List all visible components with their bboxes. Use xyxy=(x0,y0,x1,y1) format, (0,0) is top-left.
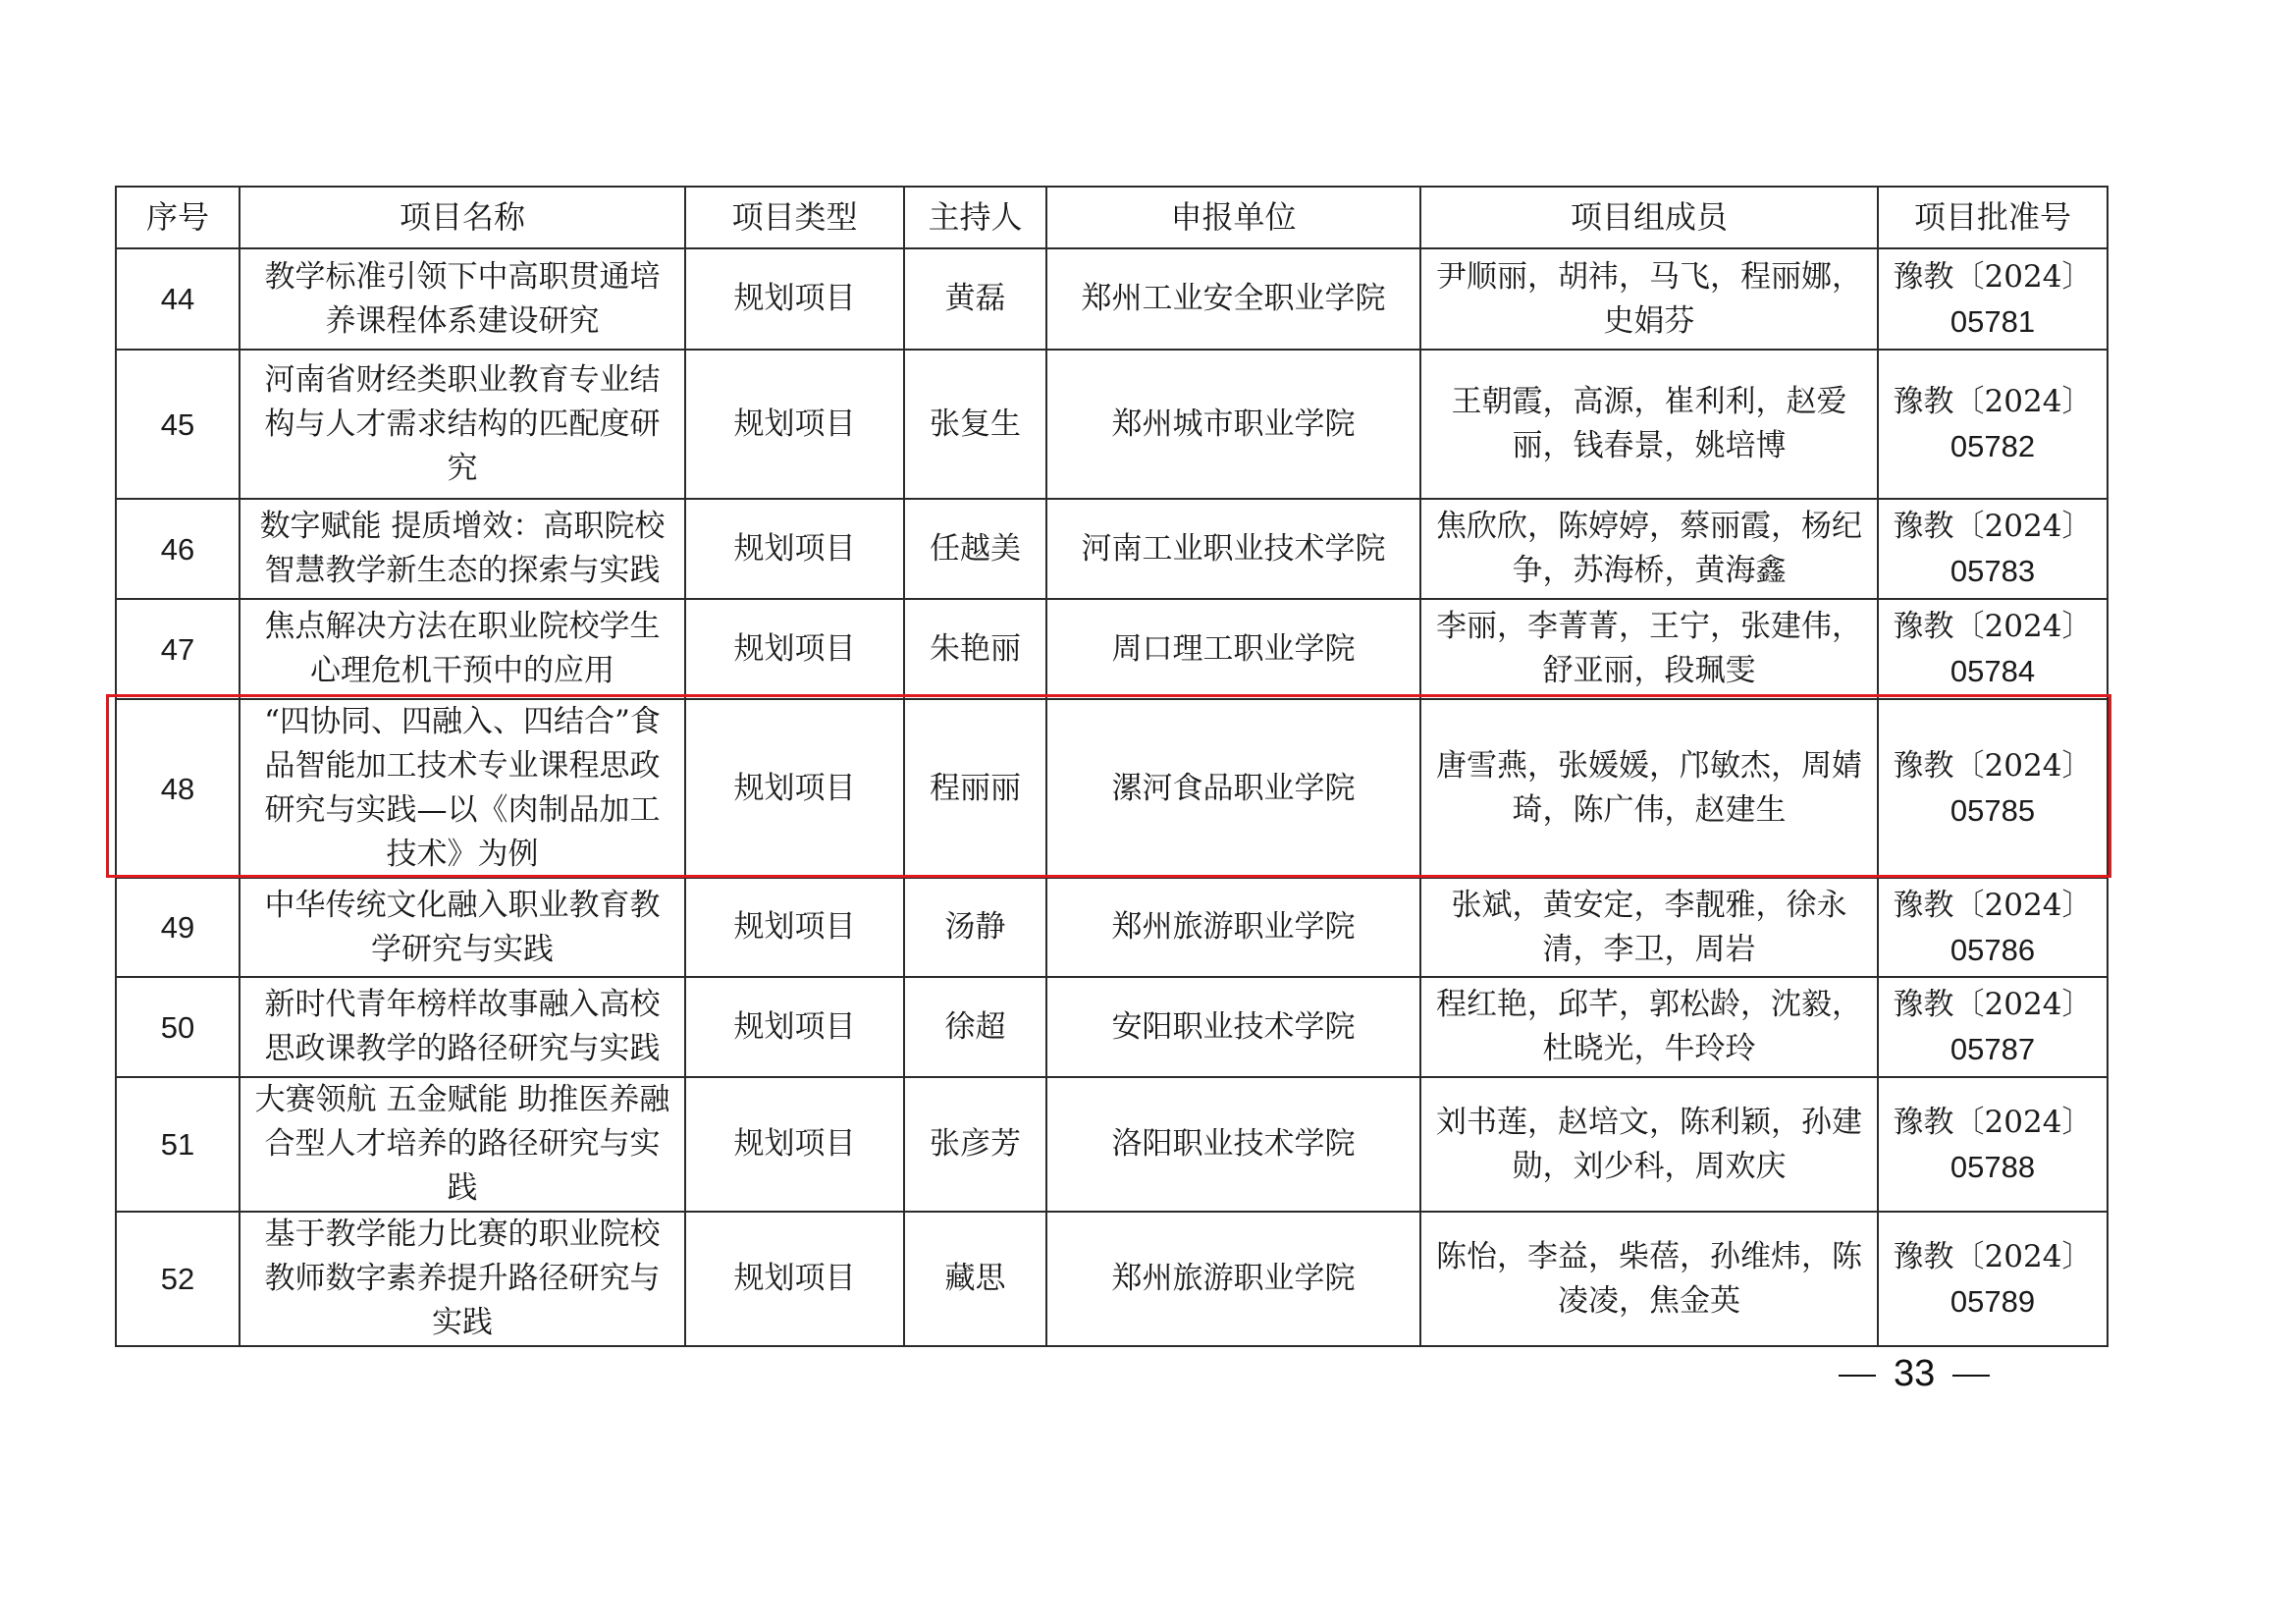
row-approval: 豫教〔2024〕 05781 xyxy=(1878,248,2108,350)
header-seq: 序号 xyxy=(116,187,240,248)
approval-code: 05787 xyxy=(1885,1027,2101,1071)
row-seq: 48 xyxy=(116,699,240,878)
row-seq: 47 xyxy=(116,599,240,699)
row-approval: 豫教〔2024〕 05786 xyxy=(1878,878,2108,977)
table-row: 51 大赛领航 五金赋能 助推医养融合型人才培养的路径研究与实践 规划项目 张彦… xyxy=(116,1077,2108,1212)
row-approval: 豫教〔2024〕 05782 xyxy=(1878,350,2108,499)
row-project-name: 新时代青年榜样故事融入高校思政课教学的路径研究与实践 xyxy=(240,977,685,1077)
row-approval: 豫教〔2024〕 05785 xyxy=(1878,699,2108,878)
approval-code: 05783 xyxy=(1885,549,2101,593)
project-table: 序号 项目名称 项目类型 主持人 申报单位 项目组成员 项目批准号 44 教学标… xyxy=(115,186,2109,1347)
row-unit: 郑州城市职业学院 xyxy=(1046,350,1420,499)
table-row: 47 焦点解决方法在职业院校学生心理危机干预中的应用 规划项目 朱艳丽 周口理工… xyxy=(116,599,2108,699)
row-seq: 50 xyxy=(116,977,240,1077)
row-seq: 46 xyxy=(116,499,240,599)
table-row: 52 基于教学能力比赛的职业院校教师数字素养提升路径研究与实践 规划项目 藏思 … xyxy=(116,1212,2108,1346)
approval-code: 05789 xyxy=(1885,1279,2101,1324)
row-unit: 洛阳职业技术学院 xyxy=(1046,1077,1420,1212)
row-approval: 豫教〔2024〕 05789 xyxy=(1878,1212,2108,1346)
row-unit: 河南工业职业技术学院 xyxy=(1046,499,1420,599)
row-unit: 安阳职业技术学院 xyxy=(1046,977,1420,1077)
row-project-name: 焦点解决方法在职业院校学生心理危机干预中的应用 xyxy=(240,599,685,699)
header-members: 项目组成员 xyxy=(1420,187,1878,248)
row-project-type: 规划项目 xyxy=(685,1077,904,1212)
table-row: 45 河南省财经类职业教育专业结构与人才需求结构的匹配度研究 规划项目 张复生 … xyxy=(116,350,2108,499)
row-project-type: 规划项目 xyxy=(685,699,904,878)
row-unit: 周口理工职业学院 xyxy=(1046,599,1420,699)
row-project-name: “四协同、四融入、四结合”食品智能加工技术专业课程思政研究与实践—以《肉制品加工… xyxy=(240,699,685,878)
page-number: 33 xyxy=(1821,1353,1998,1395)
row-approval: 豫教〔2024〕 05787 xyxy=(1878,977,2108,1077)
row-project-type: 规划项目 xyxy=(685,499,904,599)
row-members: 焦欣欣，陈婷婷，蔡丽霞，杨纪争，苏海桥，黄海鑫 xyxy=(1420,499,1878,599)
row-unit: 漯河食品职业学院 xyxy=(1046,699,1420,878)
header-host: 主持人 xyxy=(904,187,1046,248)
row-host: 汤静 xyxy=(904,878,1046,977)
row-approval: 豫教〔2024〕 05784 xyxy=(1878,599,2108,699)
row-host: 藏思 xyxy=(904,1212,1046,1346)
approval-prefix: 豫教〔2024〕 xyxy=(1885,380,2101,424)
page-number-value: 33 xyxy=(1894,1353,1935,1394)
row-unit: 郑州工业安全职业学院 xyxy=(1046,248,1420,350)
row-members: 李丽，李菁菁，王宁，张建伟，舒亚丽，段珮雯 xyxy=(1420,599,1878,699)
row-project-type: 规划项目 xyxy=(685,1212,904,1346)
row-members: 刘书莲，赵培文，陈利颖，孙建勋，刘少科，周欢庆 xyxy=(1420,1077,1878,1212)
row-project-name: 数字赋能 提质增效：高职院校智慧教学新生态的探索与实践 xyxy=(240,499,685,599)
row-host: 程丽丽 xyxy=(904,699,1046,878)
approval-prefix: 豫教〔2024〕 xyxy=(1885,744,2101,788)
page-dash-left xyxy=(1839,1375,1876,1377)
row-host: 任越美 xyxy=(904,499,1046,599)
approval-code: 05788 xyxy=(1885,1145,2101,1189)
row-project-name: 教学标准引领下中高职贯通培养课程体系建设研究 xyxy=(240,248,685,350)
approval-prefix: 豫教〔2024〕 xyxy=(1885,605,2101,649)
row-members: 陈怡，李益，柴蓓，孙维炜，陈凌凌，焦金英 xyxy=(1420,1212,1878,1346)
page-dash-right xyxy=(1952,1375,1990,1377)
row-project-type: 规划项目 xyxy=(685,248,904,350)
header-approval: 项目批准号 xyxy=(1878,187,2108,248)
row-unit: 郑州旅游职业学院 xyxy=(1046,878,1420,977)
document-page: 序号 项目名称 项目类型 主持人 申报单位 项目组成员 项目批准号 44 教学标… xyxy=(0,0,2296,1624)
header-unit: 申报单位 xyxy=(1046,187,1420,248)
row-seq: 51 xyxy=(116,1077,240,1212)
approval-prefix: 豫教〔2024〕 xyxy=(1885,1101,2101,1145)
table-row-highlighted: 48 “四协同、四融入、四结合”食品智能加工技术专业课程思政研究与实践—以《肉制… xyxy=(116,699,2108,878)
row-host: 朱艳丽 xyxy=(904,599,1046,699)
approval-prefix: 豫教〔2024〕 xyxy=(1885,884,2101,928)
row-project-name: 大赛领航 五金赋能 助推医养融合型人才培养的路径研究与实践 xyxy=(240,1077,685,1212)
row-host: 张复生 xyxy=(904,350,1046,499)
row-project-type: 规划项目 xyxy=(685,977,904,1077)
row-seq: 45 xyxy=(116,350,240,499)
row-members: 唐雪燕，张媛媛，邝敏杰，周婧琦，陈广伟，赵建生 xyxy=(1420,699,1878,878)
approval-prefix: 豫教〔2024〕 xyxy=(1885,983,2101,1027)
row-project-name: 中华传统文化融入职业教育教学研究与实践 xyxy=(240,878,685,977)
row-seq: 49 xyxy=(116,878,240,977)
header-project-name: 项目名称 xyxy=(240,187,685,248)
row-seq: 52 xyxy=(116,1212,240,1346)
row-project-name: 基于教学能力比赛的职业院校教师数字素养提升路径研究与实践 xyxy=(240,1212,685,1346)
approval-code: 05785 xyxy=(1885,788,2101,833)
approval-code: 05782 xyxy=(1885,424,2101,468)
row-project-type: 规划项目 xyxy=(685,878,904,977)
approval-code: 05786 xyxy=(1885,928,2101,972)
approval-code: 05781 xyxy=(1885,299,2101,344)
row-approval: 豫教〔2024〕 05783 xyxy=(1878,499,2108,599)
row-host: 张彦芳 xyxy=(904,1077,1046,1212)
table-row: 49 中华传统文化融入职业教育教学研究与实践 规划项目 汤静 郑州旅游职业学院 … xyxy=(116,878,2108,977)
row-members: 王朝霞，高源，崔利利，赵爱丽，钱春景，姚培博 xyxy=(1420,350,1878,499)
table-row: 50 新时代青年榜样故事融入高校思政课教学的路径研究与实践 规划项目 徐超 安阳… xyxy=(116,977,2108,1077)
table-row: 46 数字赋能 提质增效：高职院校智慧教学新生态的探索与实践 规划项目 任越美 … xyxy=(116,499,2108,599)
row-seq: 44 xyxy=(116,248,240,350)
row-host: 黄磊 xyxy=(904,248,1046,350)
approval-code: 05784 xyxy=(1885,649,2101,693)
table-row: 44 教学标准引领下中高职贯通培养课程体系建设研究 规划项目 黄磊 郑州工业安全… xyxy=(116,248,2108,350)
row-project-type: 规划项目 xyxy=(685,599,904,699)
row-project-name: 河南省财经类职业教育专业结构与人才需求结构的匹配度研究 xyxy=(240,350,685,499)
approval-prefix: 豫教〔2024〕 xyxy=(1885,255,2101,299)
approval-prefix: 豫教〔2024〕 xyxy=(1885,505,2101,549)
row-members: 程红艳，邱芊，郭松龄，沈毅，杜晓光，牛玲玲 xyxy=(1420,977,1878,1077)
table-header-row: 序号 项目名称 项目类型 主持人 申报单位 项目组成员 项目批准号 xyxy=(116,187,2108,248)
approval-prefix: 豫教〔2024〕 xyxy=(1885,1235,2101,1279)
row-approval: 豫教〔2024〕 05788 xyxy=(1878,1077,2108,1212)
header-project-type: 项目类型 xyxy=(685,187,904,248)
row-members: 张斌，黄安定，李靓雅，徐永清，李卫，周岩 xyxy=(1420,878,1878,977)
row-host: 徐超 xyxy=(904,977,1046,1077)
row-unit: 郑州旅游职业学院 xyxy=(1046,1212,1420,1346)
row-project-type: 规划项目 xyxy=(685,350,904,499)
row-members: 尹顺丽，胡祎，马飞，程丽娜，史娟芬 xyxy=(1420,248,1878,350)
